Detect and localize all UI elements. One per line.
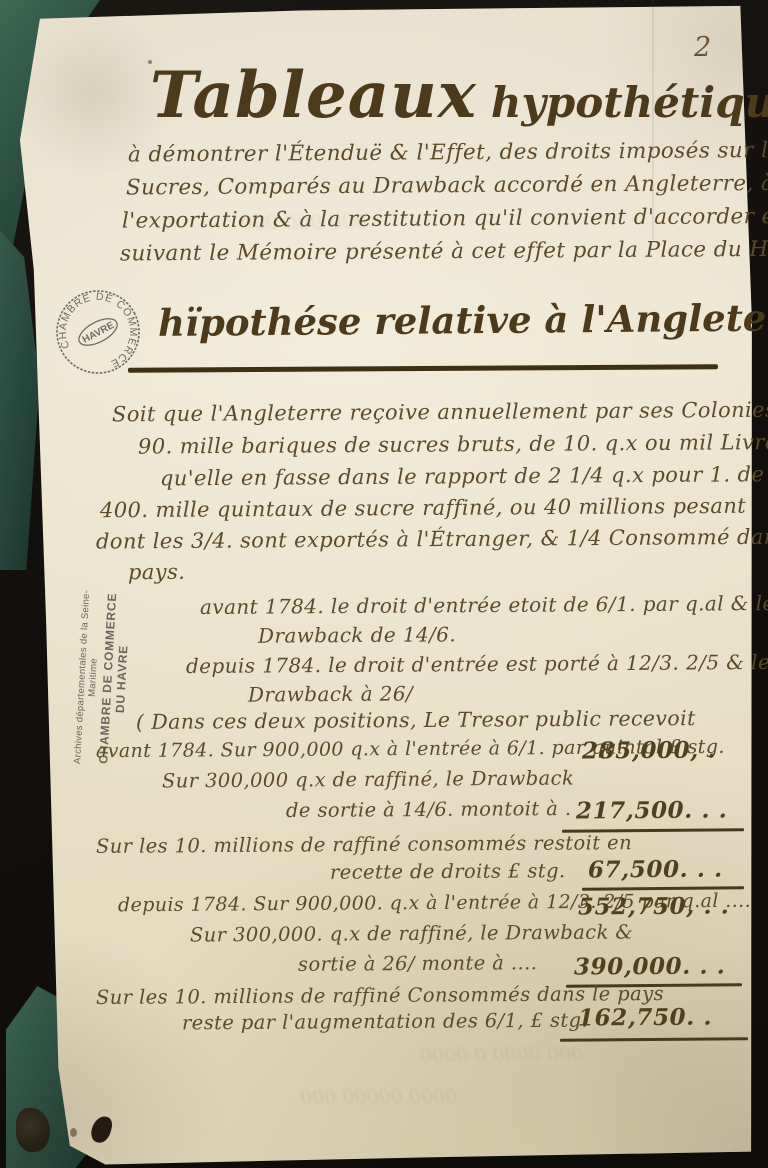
ledger-text: Sur 300,000. q.x de raffiné, le Drawback… [190,920,633,946]
subtitle-line: l'exportation & à la restitution qu'il c… [122,203,768,233]
document-title: Tableaux hypothétiques tendant [150,58,768,133]
subtitle-line: Sucres, Comparés au Drawback accordé en … [126,171,768,201]
ledger-amount: 67,500. . . [588,856,723,884]
title-word-main: Tableaux [150,58,477,133]
corner-damage [16,1108,50,1152]
title-word-second: hypothétiques [491,78,768,127]
ledger-amount: 552,750, . . [578,892,729,920]
intro-line: dont les 3/4. sont exportés à l'Étranger… [96,524,768,553]
ledger-amount: 162,750. . [578,1004,712,1032]
manuscript-scan: 000 000 000 000 0000 0 0000 0000 00000 0… [0,0,768,1168]
ledger-text: de sortie à 14/6. montoit à . [286,797,572,822]
intro-line: 400. mille quintaux de sucre raffiné, ou… [100,494,746,523]
intro-line: qu'elle en fasse dans le rapport de 2 1/… [160,462,768,491]
ledger-intro: ( Dans ces deux positions, Le Tresor pub… [136,706,696,734]
ink-speck [148,60,152,64]
intro-line: Soit que l'Angleterre reçoive annuelleme… [112,398,768,427]
section-heading: hïpothése relative à l'Angleterre [158,295,768,345]
duty-line: Drawback de 14/6. [258,622,456,647]
ledger-text: Sur les 10. millions de raffiné consommé… [96,831,632,858]
ledger-amount: 217,500. . . [576,796,727,824]
subtitle-line: suivant le Mémoire présenté à cet effet … [120,237,768,267]
intro-line: 90. mille bariques de sucres bruts, de 1… [138,429,768,458]
duty-line: Drawback à 26/ [248,681,413,706]
round-stamp-center-text: HAVRE [81,320,117,346]
intro-line: pays. [128,560,185,584]
ledger-amount: 390,000. . . [574,952,725,980]
ledger-text: sortie à 26/ monte à .... [298,951,537,976]
ledger-amount: 285,000, . [582,737,716,765]
duty-line: avant 1784. le droit d'entrée etoit de 6… [200,591,768,619]
subtitle-line: à démontrer l'Étenduë & l'Effet, des dro… [128,138,768,168]
ledger-text: reste par l'augmentation des 6/1, £ stg. [182,1009,588,1035]
duty-line: depuis 1784. le droit d'entrée est porté… [186,650,768,678]
ledger-text: Sur 300,000 q.x de raffiné, le Drawback [162,767,574,793]
vertical-stamp-line3: DU HAVRE [113,645,131,714]
ledger-text: recette de droits £ stg. [330,859,566,884]
ink-speck [70,1128,77,1137]
